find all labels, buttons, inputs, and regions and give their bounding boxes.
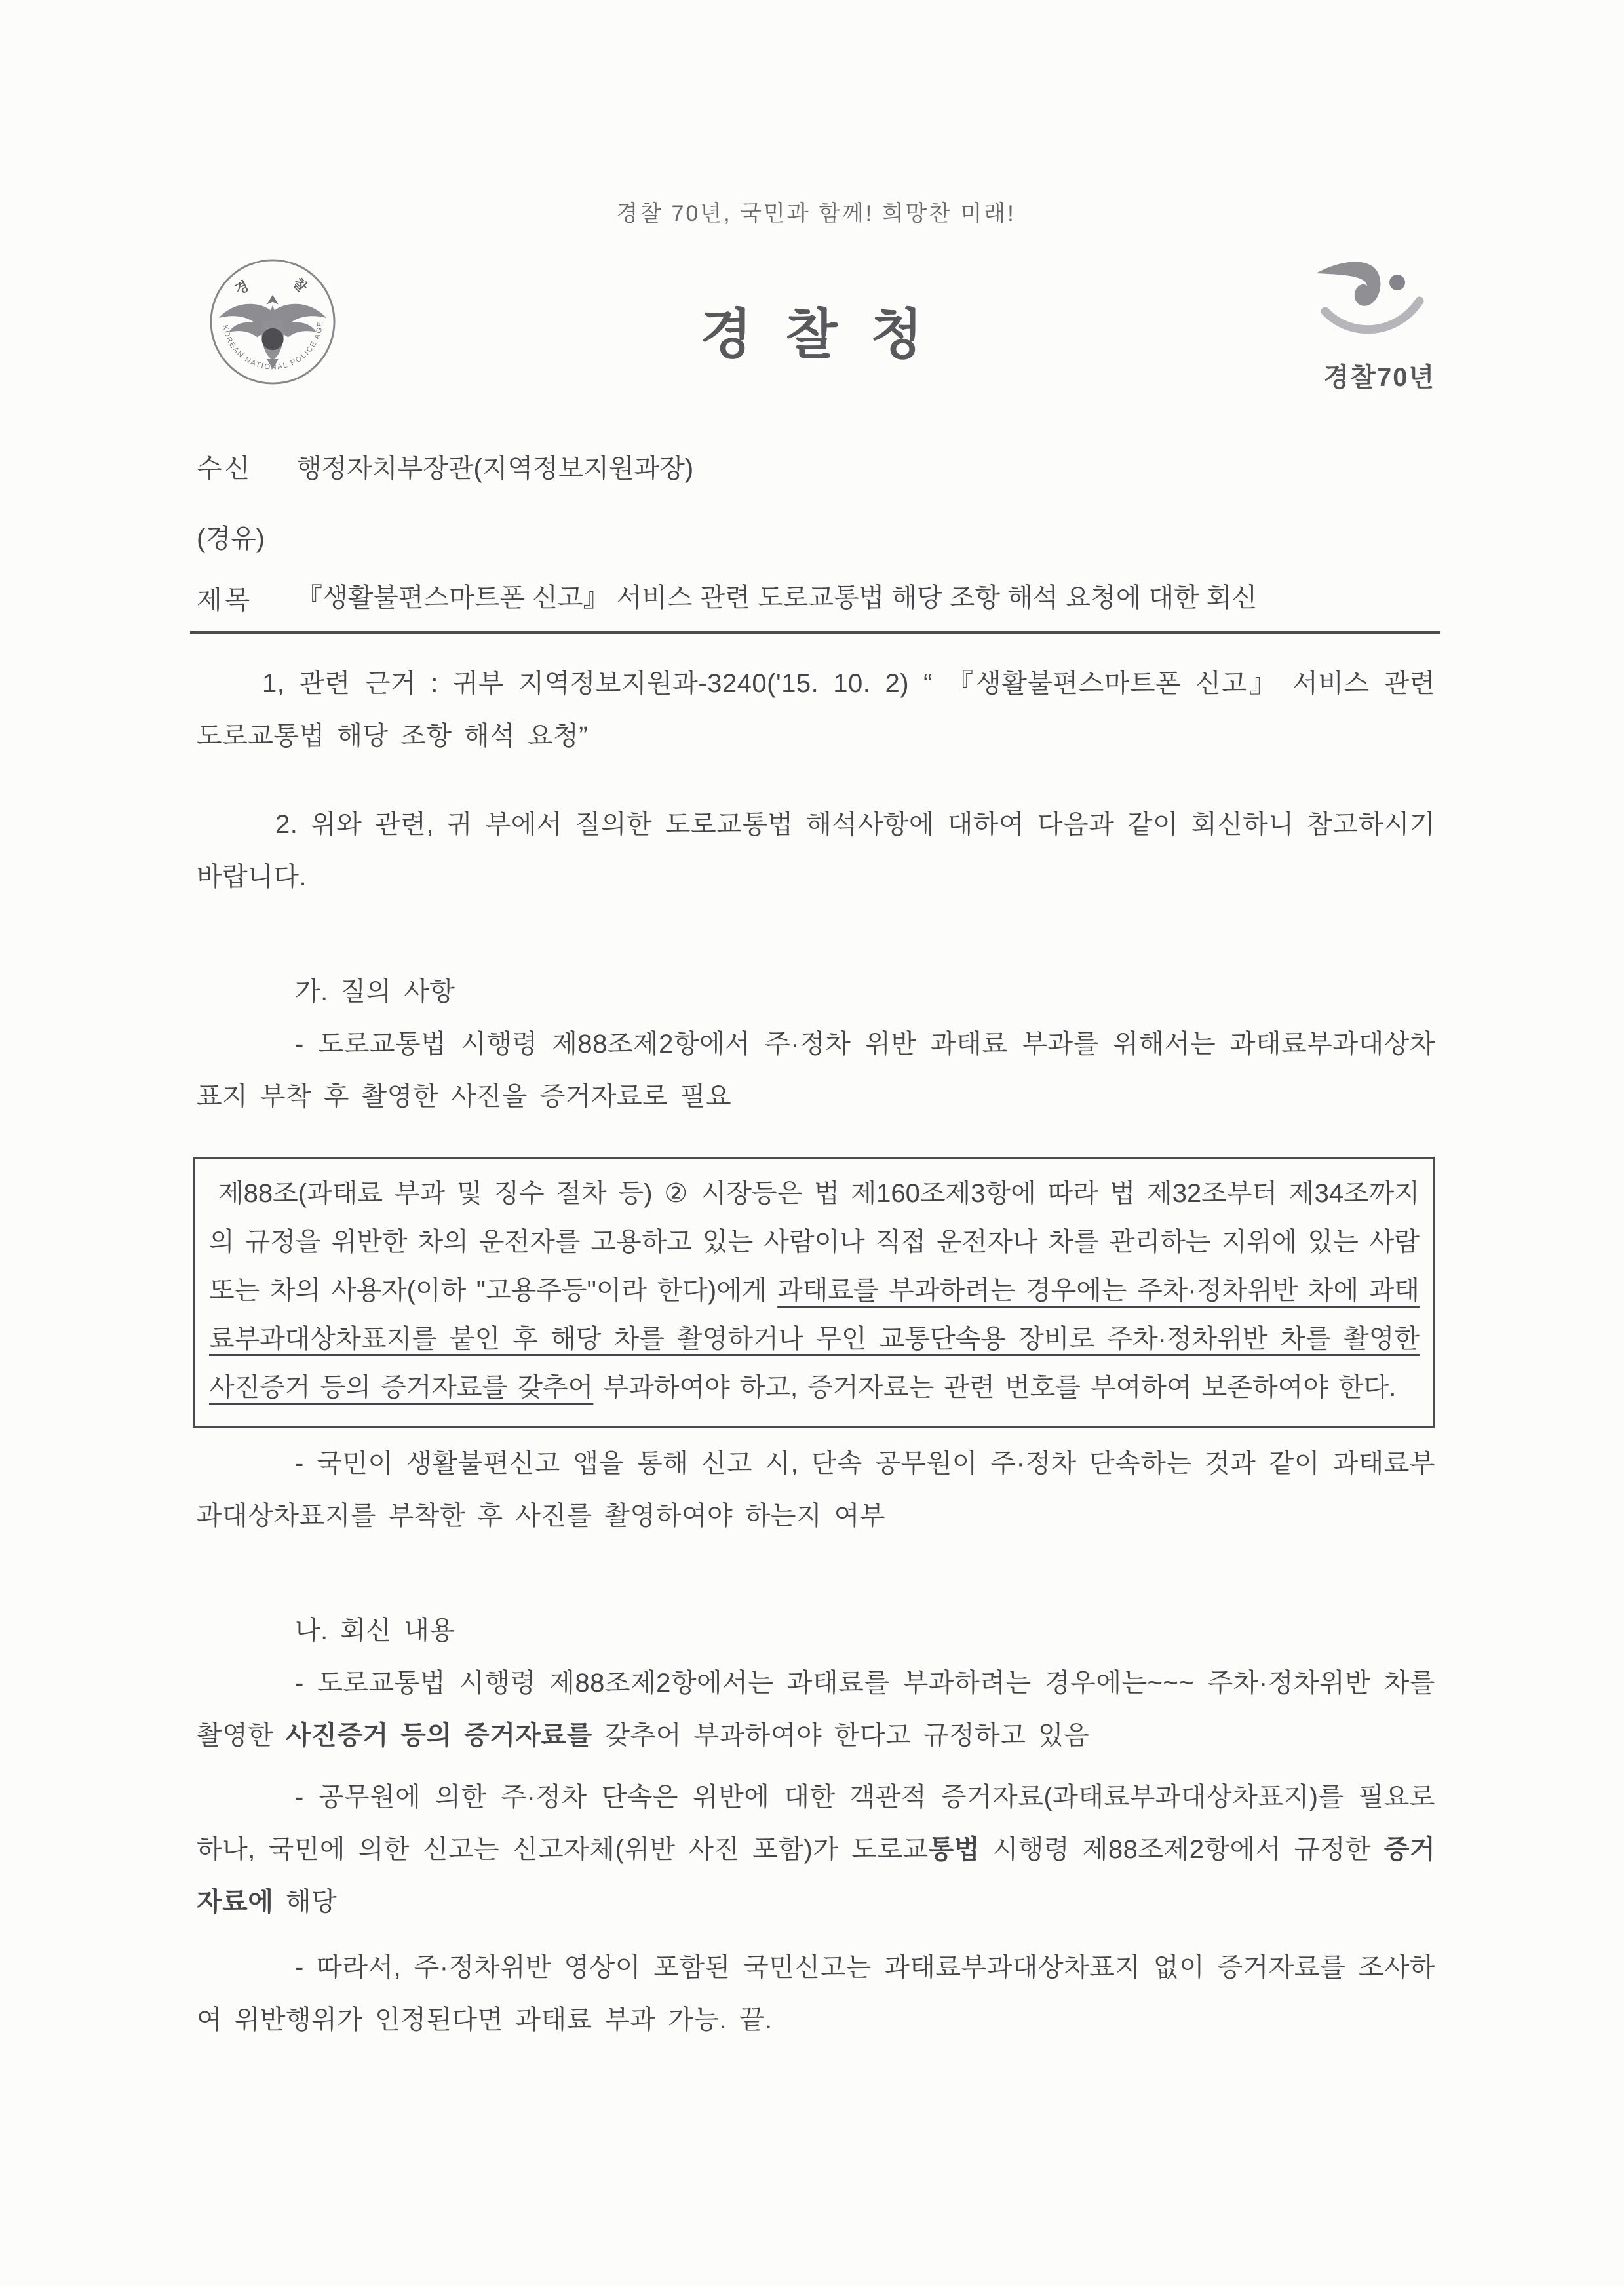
anniversary-block: 경찰70년 [1298,254,1461,394]
document-header: 경 찰 청 KOREAN NATIONAL POLICE AGENCY 경 찰 … [197,258,1435,420]
subject-row: 제목 『생활불편스마트폰 신고』 서비스 관련 도로교통법 해당 조항 해석 요… [197,577,1435,618]
paragraph-answer-3: - 따라서, 주·정차위반 영상이 포함된 국민신고는 과태료부과대상차표지 없… [197,1941,1435,2046]
via-label: (경유) [197,518,265,555]
anniversary-70-icon [1304,254,1455,352]
agency-title: 경 찰 청 [197,292,1435,368]
recipient-row: 수신 행정자치부장관(지역정보지원과장) [197,448,1435,485]
paragraph-answer-2: - 공무원에 의한 주·정차 단속은 위반에 대한 객관적 증거자료(과태료부과… [197,1771,1435,1928]
paragraph-question-1: - 도로교통법 시행령 제88조제2항에서 주·정차 위반 과태료 부과를 위해… [197,1018,1435,1123]
recipient-value: 행정자치부장관(지역정보지원과장) [296,448,693,485]
letter-body: 1, 관련 근거 : 귀부 지역정보지원과-3240('15. 10. 2) “… [197,657,1435,2046]
recipient-label: 수신 [197,448,296,485]
via-row: (경유) [197,518,1435,555]
meta-block: 수신 행정자치부장관(지역정보지원과장) (경유) 제목 『생활불편스마트폰 신… [197,448,1435,618]
document-page: 경찰 70년, 국민과 함께! 희망찬 미래! 경 찰 청 KOREAN NAT… [0,0,1624,2286]
paragraph-related-basis: 1, 관련 근거 : 귀부 지역정보지원과-3240('15. 10. 2) “… [197,657,1435,762]
law-quote-box: 제88조(과태료 부과 및 징수 절차 등) ② 시장등은 법 제160조제3항… [193,1157,1435,1428]
paragraph-reply-intro: 2. 위와 관련, 귀 부에서 질의한 도로교통법 해석사항에 대하여 다음과 … [197,798,1435,903]
header-slogan: 경찰 70년, 국민과 함께! 희망찬 미래! [197,195,1435,227]
anniversary-caption: 경찰70년 [1298,357,1461,394]
divider-rule [190,631,1440,634]
paragraph-question-2: - 국민이 생활불편신고 앱을 통해 신고 시, 단속 공무원이 주·정차 단속… [197,1437,1435,1542]
heading-answer: 나. 회신 내용 [197,1604,1435,1657]
paragraph-answer-1: - 도로교통법 시행령 제88조제2항에서는 과태료를 부과하려는 경우에는~~… [197,1657,1435,1762]
heading-question: 가. 질의 사항 [197,965,1435,1018]
subject-label: 제목 [197,579,296,617]
subject-value: 『생활불편스마트폰 신고』 서비스 관련 도로교통법 해당 조항 해석 요청에 … [296,577,1257,618]
